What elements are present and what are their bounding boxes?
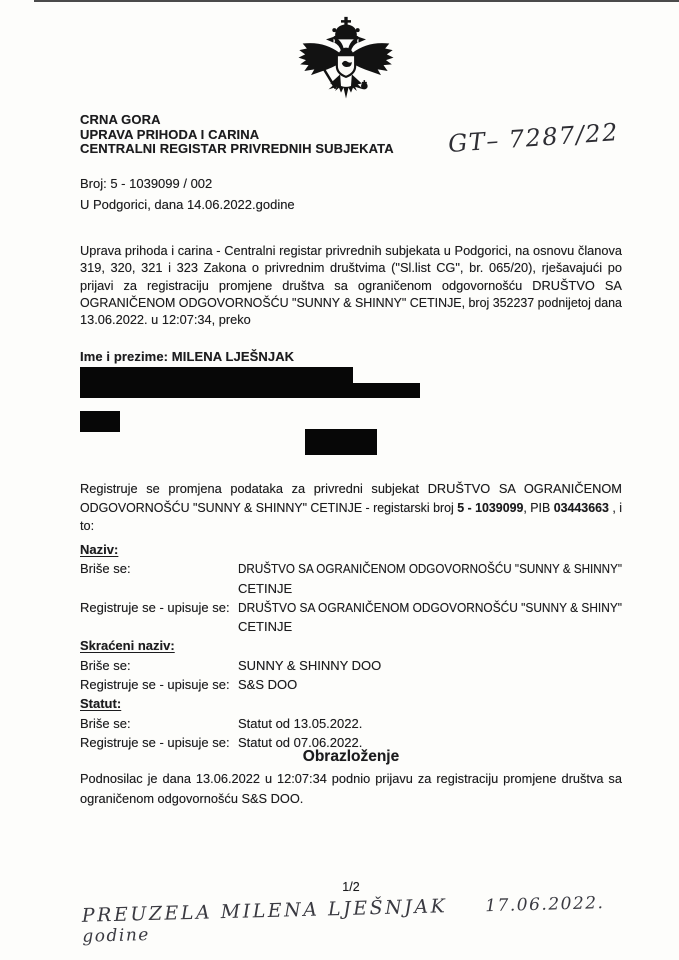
row-label: Registruje se - upisuje se: [80,598,238,637]
row-naziv-brise: Briše se: DRUŠTVO SA OGRANIČENOM ODGOVOR… [80,559,622,598]
document-meta: Broj: 5 - 1039099 / 002 U Podgorici, dan… [80,174,295,215]
intro-paragraph: Uprava prihoda i carina - Centralni regi… [80,243,622,329]
row-naziv-registruje: Registruje se - upisuje se: DRUŠTVO SA O… [80,598,622,637]
submitter-name-line: Ime i prezime: MILENA LJEŠNJAK [80,349,294,364]
row-value: Statut od 13.05.2022. [238,714,622,733]
explanation-paragraph: Podnosilac je dana 13.06.2022 u 12:07:34… [80,771,622,811]
row-value: S&S DOO [238,675,622,694]
header-registry: CENTRALNI REGISTAR PRIVREDNIH SUBJEKATA [80,142,394,157]
row-statut-brise: Briše se: Statut od 13.05.2022. [80,714,622,733]
redaction-box-address-top [80,367,353,398]
row-skraceni-registruje: Registruje se - upisuje se: S&S DOO [80,675,622,694]
row-label: Briše se: [80,656,238,675]
footer-handwriting: PREUZELA MILENA LJEŠNJAK17.06.2022. godi… [82,889,679,947]
row-skraceni-brise: Briše se: SUNNY & SHINNY DOO [80,656,622,675]
registration-paragraph: Registruje se promjena podataka za privr… [80,481,622,537]
coat-of-arms-montenegro [296,16,396,121]
place-date-line: U Podgorici, dana 14.06.2022.godine [80,195,295,216]
redaction-box-address-extension [353,383,420,398]
document-number-line: Broj: 5 - 1039099 / 002 [80,174,295,195]
row-value: DRUŠTVO SA OGRANIČENOM ODGOVORNOŠĆU "SUN… [238,598,622,637]
header-country: CRNA GORA [80,113,394,128]
row-label: Briše se: [80,559,238,598]
scan-edge-artifact [34,0,679,2]
agency-header: CRNA GORA UPRAVA PRIHODA I CARINA CENTRA… [80,113,394,157]
section-heading-statut: Statut: [80,694,622,713]
section-heading-skraceni-naziv: Skraćeni naziv: [80,636,622,655]
row-label: Registruje se - upisuje se: [80,675,238,694]
header-agency: UPRAVA PRIHODA I CARINA [80,128,394,143]
double-headed-eagle-icon [296,16,396,116]
row-label: Briše se: [80,714,238,733]
redaction-box-medium [305,429,377,455]
explanation-title: Obrazloženje [80,748,622,766]
change-sections: Naziv: Briše se: DRUŠTVO SA OGRANIČENOM … [80,540,622,752]
scanned-document-page: CRNA GORA UPRAVA PRIHODA I CARINA CENTRA… [0,0,679,960]
handwritten-case-number: GT– 7287/22 [447,118,620,158]
handwritten-receiver-name: PREUZELA MILENA LJEŠNJAK [82,895,448,927]
row-value: DRUŠTVO SA OGRANIČENOM ODGOVORNOŠĆU "SUN… [238,559,622,598]
row-value: SUNNY & SHINNY DOO [238,656,622,675]
section-heading-naziv: Naziv: [80,540,622,559]
redaction-box-small [80,411,120,432]
